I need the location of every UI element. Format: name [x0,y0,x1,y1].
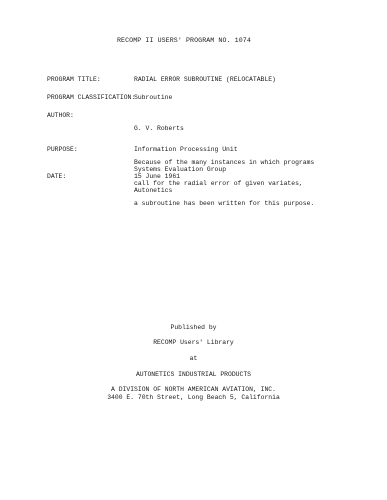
purpose-line: call for the radial error of given varia… [134,181,314,189]
date-value: 15 June 1961 [134,174,180,180]
company-name: AUTONETICS INDUSTRIAL PRODUCTS [0,372,387,378]
library-name: RECOMP Users' Library [0,340,387,346]
date-label: DATE: [47,174,66,180]
at-text: at [0,356,387,362]
division-text: A DIVISION OF NORTH AMERICAN AVIATION, I… [0,387,387,393]
program-classification-label: PROGRAM CLASSIFICATION: [47,95,135,101]
document-header: RECOMP II USERS' PROGRAM NO. 1074 [117,38,251,45]
purpose-line: Because of the many instances in which p… [134,160,314,168]
address-text: 3400 E. 70th Street, Long Beach 5, Calif… [0,395,387,401]
purpose-line: a subroutine has been written for this p… [134,201,314,209]
program-title-value: RADIAL ERROR SUBROUTINE (RELOCATABLE) [134,77,276,83]
program-title-label: PROGRAM TITLE: [47,77,101,83]
author-label: AUTHOR: [47,113,74,119]
purpose-label: PURPOSE: [47,147,78,153]
published-by: Published by [0,325,387,331]
program-classification-value: Subroutine [134,95,172,101]
author-name: G. V. Roberts [134,126,238,134]
purpose-value: Because of the many instances in which p… [134,147,314,216]
